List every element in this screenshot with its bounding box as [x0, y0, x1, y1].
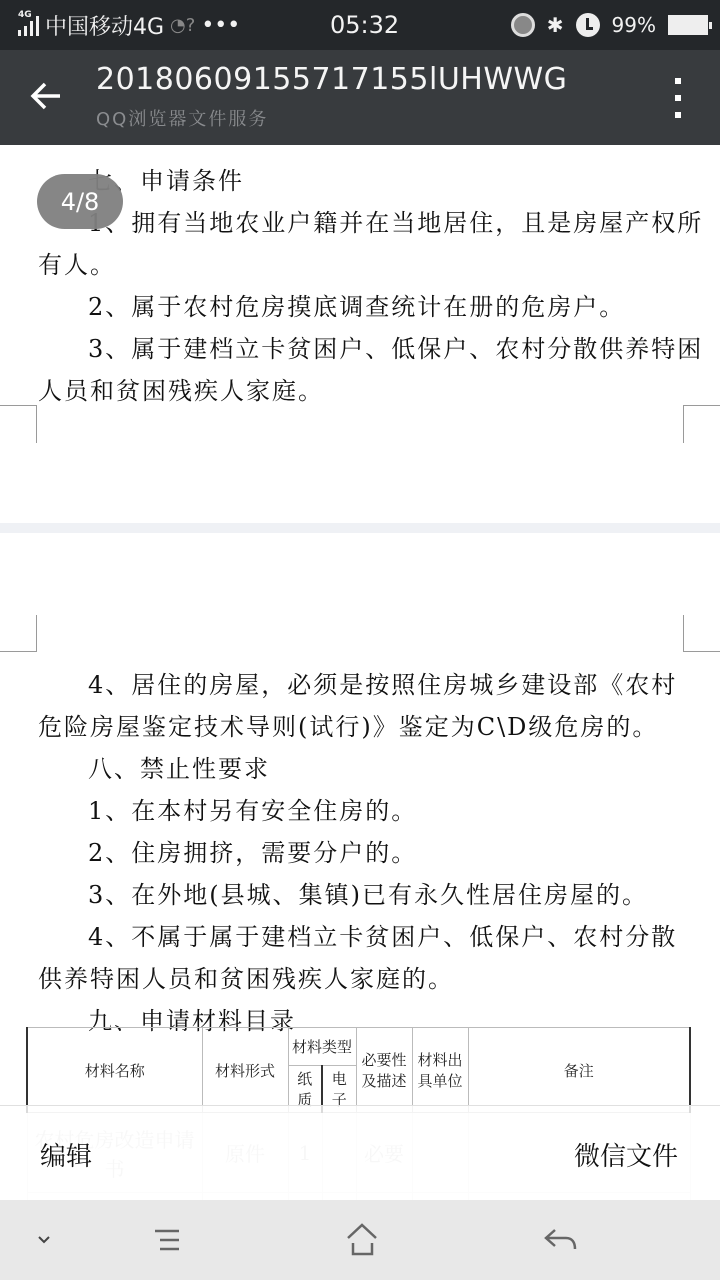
wechat-file-button[interactable]: 微信文件: [574, 1136, 678, 1173]
doc-line: 八、禁止性要求: [88, 749, 270, 784]
status-bar: 4G 中国移动4G ◔? ••• 05:32 ✱ 99%: [0, 0, 720, 50]
back-nav-button[interactable]: [536, 1218, 586, 1262]
dot: [675, 78, 681, 84]
home-icon: [345, 1223, 381, 1257]
file-title: 20180609155717155lUHWWG: [96, 62, 567, 97]
bottom-action-bar: 编辑 微信文件: [0, 1105, 720, 1200]
page-corner-mark: [683, 615, 720, 652]
bluetooth-icon: ✱: [547, 13, 564, 37]
battery-percent: 99%: [612, 13, 656, 37]
file-source: QQ浏览器文件服务: [96, 105, 268, 131]
col-header-issuer: 材料出具单位: [412, 1028, 468, 1113]
chevron-down-icon: [36, 1234, 52, 1246]
page-corner-mark: [0, 615, 37, 652]
doc-line: 人员和贫困残疾人家庭。: [38, 371, 324, 406]
col-header-form: 材料形式: [202, 1028, 288, 1113]
doc-line: 2、住房拥挤，需要分户的。: [88, 833, 417, 868]
battery-icon: [668, 15, 708, 35]
back-icon: [543, 1226, 579, 1254]
app-bar: 20180609155717155lUHWWG QQ浏览器文件服务: [0, 50, 720, 145]
alarm-icon: [576, 13, 600, 37]
doc-line: 有人。: [38, 245, 116, 280]
doc-line: 2、属于农村危房摸底调查统计在册的危房户。: [88, 287, 625, 322]
doc-line: 3、属于建档立卡贫困户、低保户、农村分散供养特困: [88, 329, 703, 364]
doc-line: 1、拥有当地农业户籍并在当地居住，且是房屋产权所: [88, 203, 703, 238]
document-viewer[interactable]: 七、申请条件 1、拥有当地农业户籍并在当地居住，且是房屋产权所 有人。 2、属于…: [0, 145, 720, 1205]
col-header-name: 材料名称: [27, 1028, 202, 1113]
edit-button[interactable]: 编辑: [40, 1136, 92, 1173]
page-indicator: 4/8: [37, 174, 123, 229]
doc-line: 1、在本村另有安全住房的。: [88, 791, 417, 826]
system-nav-bar: [0, 1200, 720, 1280]
recent-apps-button[interactable]: [142, 1218, 192, 1262]
page-corner-mark: [0, 405, 37, 443]
more-notifications: •••: [201, 13, 240, 38]
col-header-necessity: 必要性及描述: [356, 1028, 412, 1113]
doc-line: 供养特困人员和贫困残疾人家庭的。: [38, 959, 454, 994]
doc-line: 4、不属于属于建档立卡贫困户、低保户、农村分散: [88, 917, 677, 952]
carrier-name: 中国移动4G: [45, 10, 164, 41]
menu-icon: [152, 1227, 182, 1253]
signal-icon: 4G: [18, 14, 39, 36]
wifi-icon: ◔?: [170, 15, 195, 36]
col-header-type: 材料类型: [288, 1028, 356, 1066]
dot: [675, 95, 681, 101]
doc-line: 危险房屋鉴定技术导则(试行)》鉴定为C\D级危房的。: [38, 707, 658, 742]
home-button[interactable]: [338, 1218, 388, 1262]
doc-line: 4、居住的房屋，必须是按照住房城乡建设部《农村: [88, 665, 677, 700]
dot: [675, 112, 681, 118]
collapse-nav-button[interactable]: [26, 1218, 62, 1262]
arrow-left-icon: [28, 78, 64, 114]
network-type: 4G: [18, 10, 32, 20]
more-options-button[interactable]: [672, 78, 684, 118]
doc-line: 3、在外地(县城、集镇)已有永久性居住房屋的。: [88, 875, 648, 910]
location-icon: [511, 13, 535, 37]
clock: 05:32: [330, 8, 399, 42]
back-button[interactable]: [28, 78, 68, 118]
page-separator: [0, 523, 720, 533]
page-corner-mark: [683, 405, 720, 443]
col-header-remark: 备注: [468, 1028, 690, 1113]
